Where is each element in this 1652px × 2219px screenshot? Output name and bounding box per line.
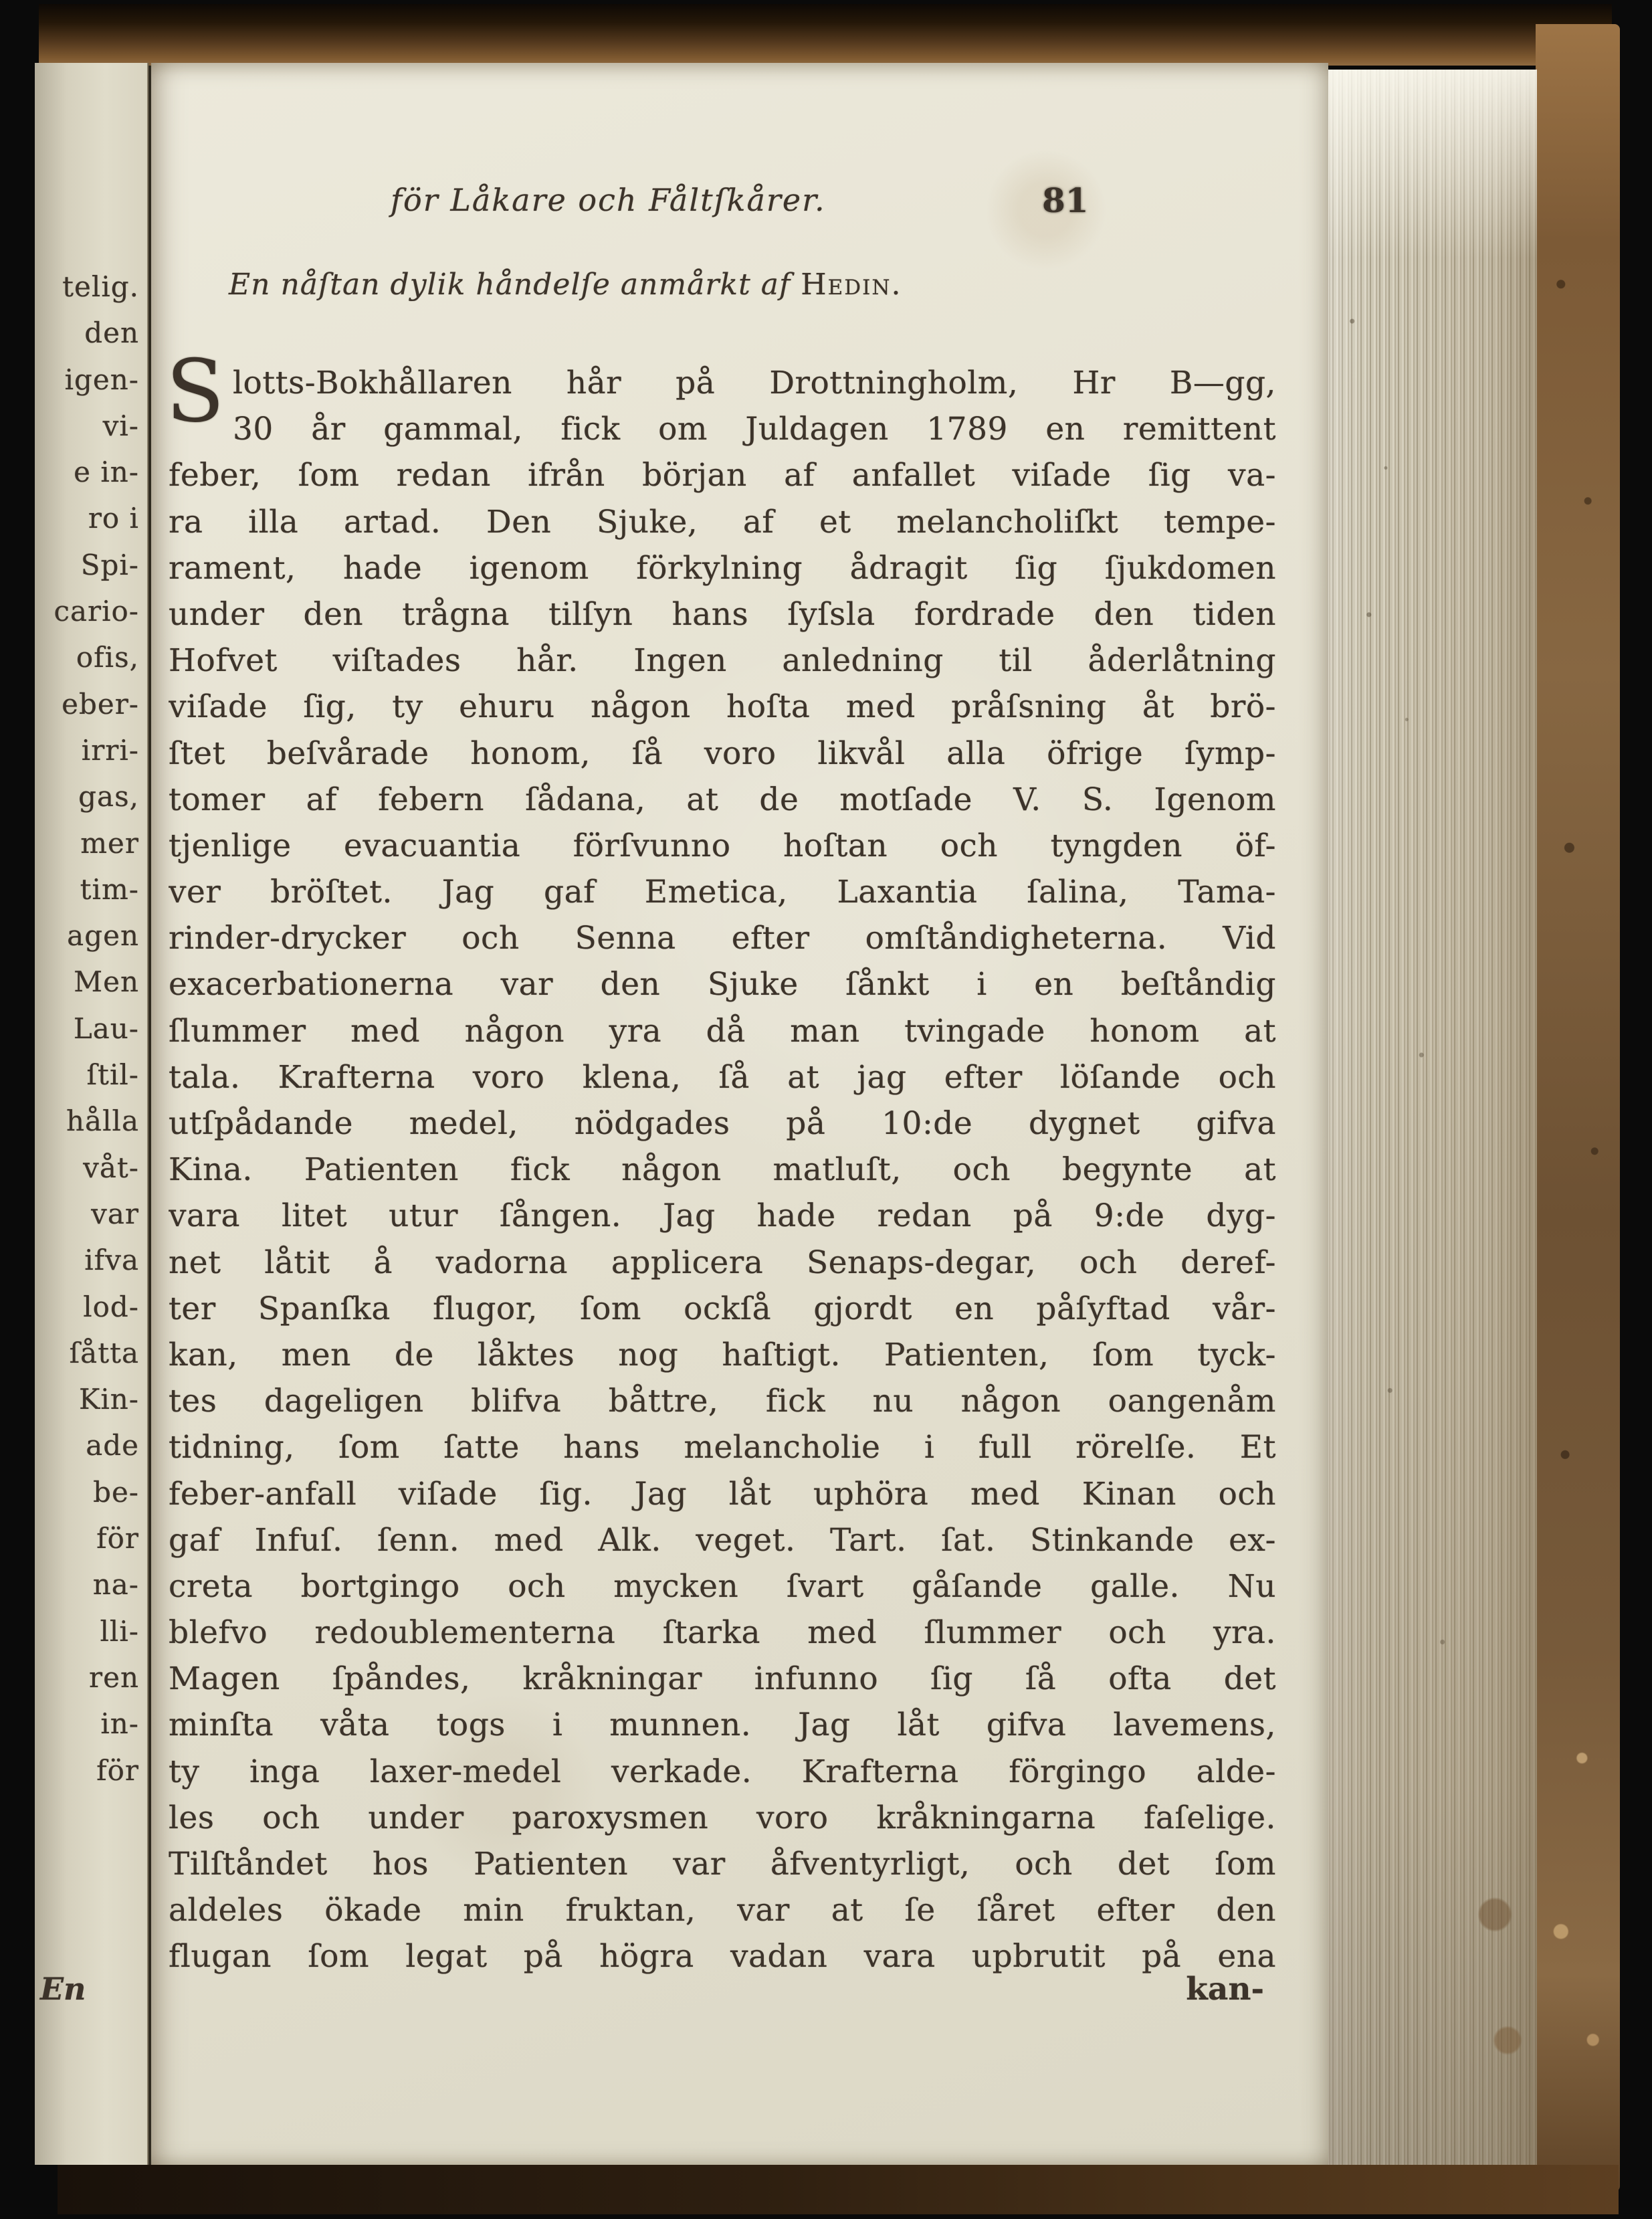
fragment-line: irri-: [54, 727, 139, 773]
fragment-line: telig.: [54, 264, 139, 310]
facing-page-text-fragments: telig. den igen- vi- e in- ro i Spi- car…: [54, 264, 139, 1794]
body-line: ter Spanſka flugor, ſom ockſå gjordt en …: [169, 1286, 1276, 1332]
body-line: gaf Infuſ. ſenn. med Alk. veget. Tart. ſ…: [169, 1517, 1276, 1563]
body-line: exacerbationerna var den Sjuke ſånkt i e…: [169, 961, 1276, 1007]
body-line: minſta våta togs i munnen. Jag låt gifva…: [169, 1702, 1276, 1748]
fragment-line: vi-: [54, 403, 139, 449]
fragment-line: hålla: [54, 1098, 139, 1144]
fragment-line: mer: [54, 820, 139, 866]
fragment-line: ſtil-: [54, 1052, 139, 1098]
body-line: flugan ſom legat på högra vadan vara upb…: [169, 1933, 1276, 1980]
fragment-line: ſåtta: [54, 1330, 139, 1376]
fragment-line: Kin-: [54, 1376, 139, 1422]
body-line: tjenlige evacuantia förſvunno hoſtan och…: [169, 823, 1276, 869]
body-line: rament, hade igenom förkylning ådragit ſ…: [169, 545, 1276, 591]
body-line: blefvo redoublementerna ſtarka med ſlumm…: [169, 1610, 1276, 1656]
fragment-line: lod-: [54, 1284, 139, 1330]
body-line: ſlummer med någon yra då man tvingade ho…: [169, 1008, 1276, 1054]
body-line: viſade ſig, ty ehuru någon hoſta med prå…: [169, 684, 1276, 730]
body-line: under den trågna tilſyn hans ſyſsla ford…: [169, 591, 1276, 638]
fragment-line: ro i: [54, 495, 139, 541]
body-line: Tilſtåndet hos Patienten var åfventyrlig…: [169, 1841, 1276, 1887]
fragment-line: ifva: [54, 1237, 139, 1283]
fragment-line: var: [54, 1191, 139, 1237]
body-line: creta bortgingo och mycken ſvart gåſande…: [169, 1563, 1276, 1610]
body-line: tomer af febern ſådana, at de motſade V.…: [169, 777, 1276, 823]
fragment-line: be-: [54, 1469, 139, 1515]
book-photo: telig. den igen- vi- e in- ro i Spi- car…: [0, 0, 1652, 2219]
body-text: lotts-Bokhållaren hår på Drottningholm, …: [169, 360, 1276, 1980]
fragment-line: för: [54, 1747, 139, 1794]
body-line: tala. Krafterna voro klena, ſå at jag ef…: [169, 1054, 1276, 1100]
body-line: feber, ſom redan ifrån början af anfalle…: [169, 452, 1276, 498]
book-bottom-edge: [58, 2165, 1619, 2214]
fragment-line: ofis,: [54, 634, 139, 680]
catchword: kan-: [1186, 1971, 1264, 2008]
body-line: ty inga laxer-medel verkade. Krafterna f…: [169, 1749, 1276, 1795]
fragment-line: Lau-: [54, 1005, 139, 1052]
body-line: feber-anfall viſade ſig. Jag låt uphöra …: [169, 1471, 1276, 1517]
fore-edge-pages: [1327, 70, 1537, 2166]
fragment-line: våt-: [54, 1145, 139, 1191]
section-heading-text: En nåſtan dylik håndelſe anmårkt af: [229, 268, 791, 302]
body-line: aldeles ökade min fruktan, var at ſe ſår…: [169, 1887, 1276, 1933]
body-line: utſpådande medel, nödgades på 10:de dygn…: [169, 1100, 1276, 1147]
section-heading: En nåſtan dylik håndelſe anmårkt af Hedi…: [229, 268, 1085, 302]
author-name: Hedin.: [801, 268, 902, 302]
body-line: kan, men de låktes nog haſtigt. Patiente…: [169, 1332, 1276, 1378]
body-line: tidning, ſom ſatte hans melancholie i fu…: [169, 1424, 1276, 1470]
facing-page-edge: telig. den igen- vi- e in- ro i Spi- car…: [35, 63, 148, 2165]
fragment-line: e in-: [54, 449, 139, 495]
body-line: ra illa artad. Den Sjuke, af et melancho…: [169, 499, 1276, 545]
book-cover-spine: [1536, 24, 1620, 2192]
fragment-line: agen: [54, 912, 139, 959]
body-line: vara litet utur ſången. Jag hade redan p…: [169, 1193, 1276, 1239]
body-line: ſtet beſvårade honom, ſå voro likvål all…: [169, 731, 1276, 777]
body-line: tes dageligen blifva båttre, fick nu någ…: [169, 1378, 1276, 1424]
body-line: lotts-Bokhållaren hår på Drottningholm, …: [169, 360, 1276, 406]
facing-page-catchword: En: [40, 1971, 86, 2007]
right-page: för Låkare och Fåltſkårer. 81 En nåſtan …: [151, 63, 1328, 2166]
body-line: 30 år gammal, fick om Juldagen 1789 en r…: [169, 406, 1276, 452]
body-line: Kina. Patienten fick någon matluſt, och …: [169, 1147, 1276, 1193]
fragment-line: den: [54, 310, 139, 356]
fragment-line: tim-: [54, 866, 139, 912]
fragment-line: in-: [54, 1701, 139, 1747]
body-line: Hofvet viſtades hår. Ingen anledning til…: [169, 638, 1276, 684]
fragment-line: ade: [54, 1422, 139, 1468]
fragment-line: na-: [54, 1561, 139, 1608]
body-line: Magen ſpåndes, kråkningar infunno ſig ſå…: [169, 1656, 1276, 1702]
book-top-edge: [39, 4, 1612, 66]
fragment-line: cario-: [54, 588, 139, 634]
fragment-line: Spi-: [54, 542, 139, 588]
fragment-line: gas,: [54, 773, 139, 819]
fragment-line: Men: [54, 959, 139, 1005]
page-number: 81: [1042, 181, 1089, 220]
running-header: för Låkare och Fåltſkårer.: [391, 182, 826, 218]
body-line: net låtit å vadorna applicera Senaps-deg…: [169, 1240, 1276, 1286]
fragment-line: ren: [54, 1654, 139, 1701]
body-line: ver bröſtet. Jag gaf Emetica, Laxantia ſ…: [169, 869, 1276, 915]
body-line: rinder-drycker och Senna efter omſtåndig…: [169, 915, 1276, 961]
body-line: les och under paroxysmen voro kråkningar…: [169, 1795, 1276, 1841]
fragment-line: för: [54, 1515, 139, 1561]
fragment-line: igen-: [54, 357, 139, 403]
fragment-line: eber-: [54, 681, 139, 727]
fragment-line: lli-: [54, 1608, 139, 1654]
